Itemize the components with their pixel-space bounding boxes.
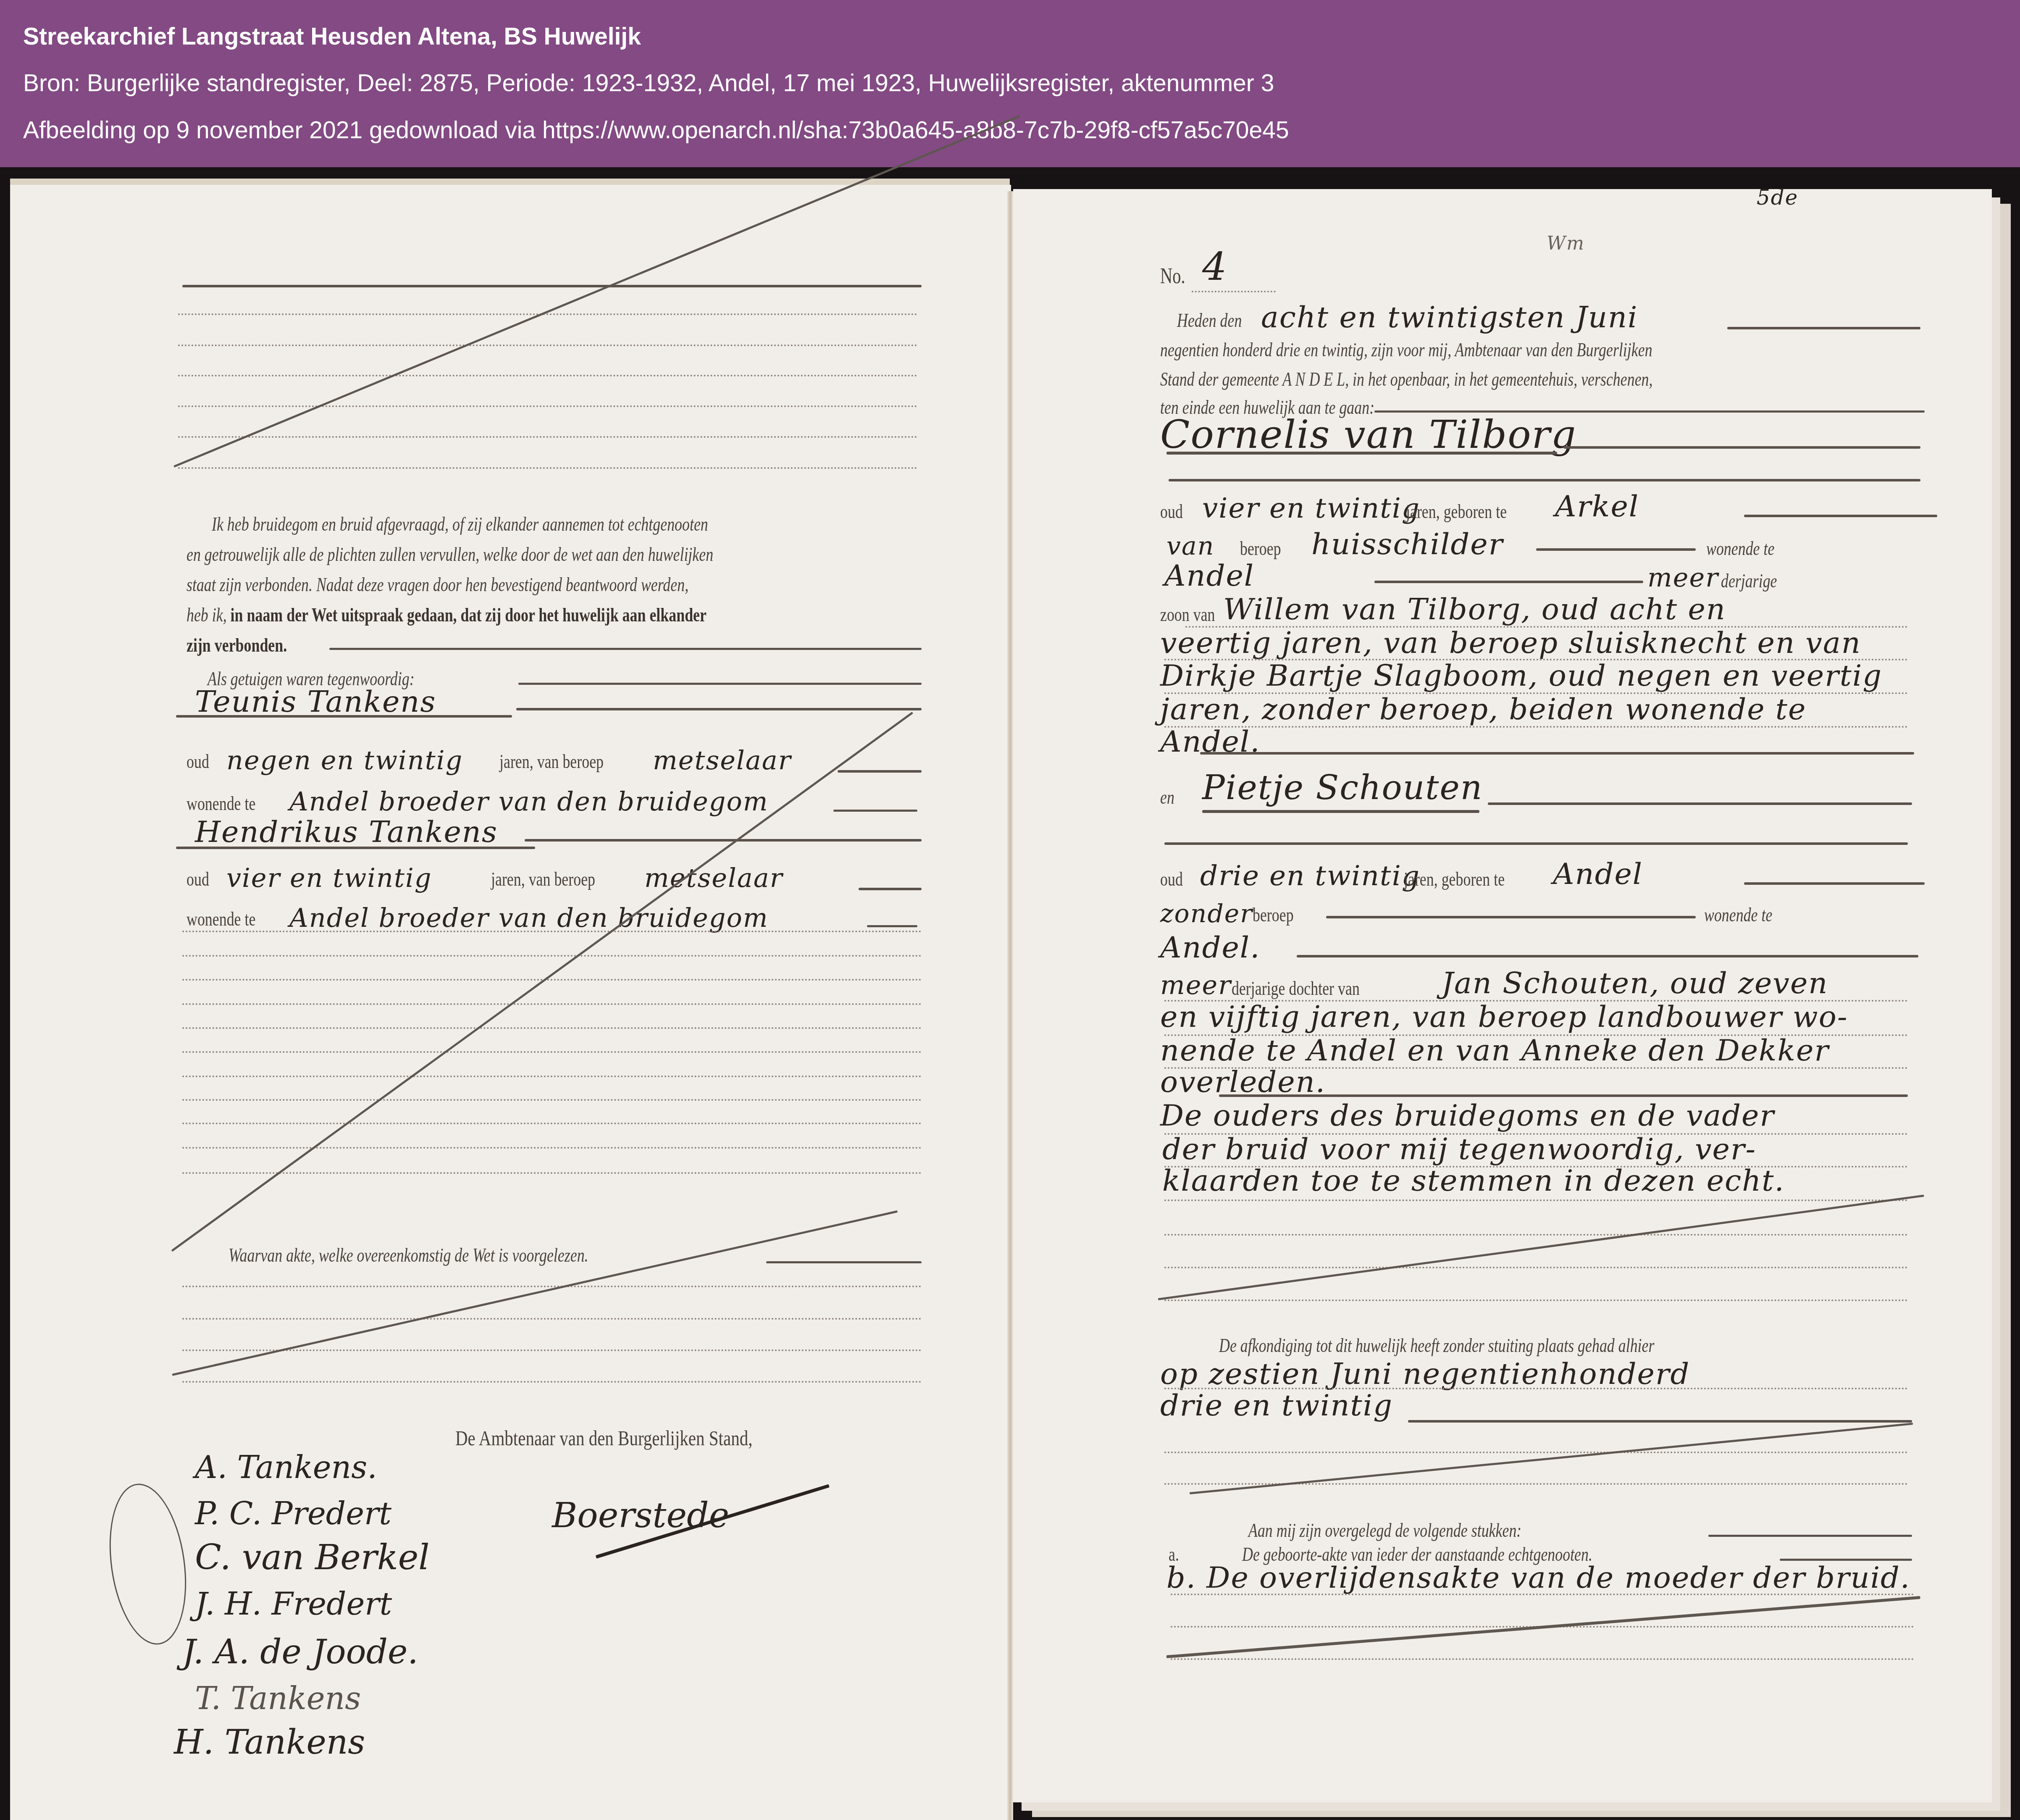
dotted-line bbox=[182, 1147, 922, 1149]
witness-1-occupation: metselaar bbox=[653, 744, 791, 777]
consent-line: der bruid voor mij tegenwoordig, ver- bbox=[1162, 1132, 1756, 1166]
dotted-line bbox=[178, 313, 917, 315]
groom-occ-prefix: van bbox=[1166, 529, 1214, 563]
rule-line bbox=[176, 715, 512, 718]
dotted-line bbox=[182, 1003, 922, 1005]
witness-2-age: vier en twintig bbox=[226, 861, 432, 895]
residence-prefix: wonende te bbox=[187, 792, 255, 815]
right-page: 5de Wm No. 4 Heden den acht en twintigst… bbox=[1013, 189, 1992, 1802]
signature: C. van Berkel bbox=[195, 1538, 429, 1578]
rule-line bbox=[867, 925, 917, 927]
groom-majority: meer bbox=[1647, 561, 1719, 594]
signature: J. A. de Joode. bbox=[182, 1632, 418, 1671]
bride-occupation: zonder bbox=[1160, 897, 1253, 931]
residence-label: wonende te bbox=[1706, 537, 1774, 560]
occupation-label: beroep bbox=[1240, 537, 1281, 560]
bride-name: Pietje Schouten bbox=[1202, 771, 1483, 805]
dotted-line bbox=[1192, 291, 1276, 292]
dotted-line bbox=[182, 979, 922, 981]
dotted-line bbox=[178, 375, 917, 376]
dotted-line bbox=[182, 931, 922, 932]
consent-line: klaarden toe te stemmen in dezen echt. bbox=[1162, 1164, 1785, 1197]
witness-2-residence: Andel broeder van den bruidegom bbox=[289, 901, 769, 935]
groom-parents: veertig jaren, van beroep sluisknecht en… bbox=[1160, 626, 1861, 660]
signature: A. Tankens. bbox=[195, 1449, 377, 1486]
rule-line bbox=[1744, 515, 1937, 517]
dotted-line bbox=[1164, 1452, 1908, 1453]
age-prefix: oud bbox=[187, 868, 209, 891]
groom-name: Cornelis van Tilborg bbox=[1160, 418, 1576, 452]
occupation-label: beroep bbox=[1253, 903, 1294, 927]
margin-initial: Wm bbox=[1547, 227, 1585, 260]
son-of-label: zoon van bbox=[1160, 603, 1215, 626]
dotted-line bbox=[178, 345, 917, 346]
bride-birthplace: Andel bbox=[1553, 857, 1643, 891]
announcement-date: op zestien Juni negentienhonderd bbox=[1160, 1357, 1690, 1391]
witness-2-occupation: metselaar bbox=[644, 861, 783, 895]
dotted-line bbox=[182, 1318, 922, 1320]
age-prefix: oud bbox=[1160, 868, 1183, 891]
rule-line bbox=[1374, 581, 1643, 583]
date-prefix: Heden den bbox=[1177, 309, 1242, 332]
declaration-line: staat zijn verbonden. Nadat deze vragen … bbox=[187, 573, 688, 597]
strike-through-line bbox=[1158, 1194, 1924, 1300]
rule-line bbox=[833, 810, 917, 812]
rule-line bbox=[1200, 752, 1914, 755]
rule-line bbox=[182, 285, 922, 287]
rule-line bbox=[1169, 479, 1920, 481]
rule-line bbox=[1727, 327, 1920, 329]
groom-parents: Dirkje Bartje Slagboom, oud negen en vee… bbox=[1160, 659, 1882, 692]
groom-birthplace: Arkel bbox=[1555, 489, 1639, 523]
groom-parents: Willem van Tilborg, oud acht en bbox=[1223, 592, 1726, 626]
declaration-line: zijn verbonden. bbox=[187, 634, 287, 657]
signature: P. C. Predert bbox=[195, 1496, 391, 1532]
doc-b-text: b. De overlijdensakte van de moeder der … bbox=[1166, 1561, 1910, 1594]
dotted-line bbox=[1171, 1658, 1914, 1660]
rule-line bbox=[859, 888, 922, 890]
dotted-line bbox=[182, 1076, 922, 1077]
rule-line bbox=[1708, 1535, 1912, 1537]
bride-parents: nende te Andel en van Anneke den Dekker bbox=[1160, 1034, 1829, 1067]
dotted-line bbox=[182, 1286, 922, 1287]
dotted-line bbox=[182, 1051, 922, 1053]
signature: H. Tankens bbox=[174, 1723, 365, 1762]
age-prefix: oud bbox=[1160, 500, 1183, 523]
rule-line bbox=[1536, 548, 1696, 551]
born-label: jaren, geboren te bbox=[1406, 500, 1507, 523]
download-note: Afbeelding op 9 november 2021 gedownload… bbox=[23, 116, 1289, 145]
rule-line bbox=[1297, 955, 1918, 957]
witness-1-age: negen en twintig bbox=[226, 744, 463, 777]
marriage-date: acht en twintigsten Juni bbox=[1261, 300, 1638, 334]
intro-line: negentien honderd drie en twintig, zijn … bbox=[1160, 338, 1652, 362]
bride-parents: Jan Schouten, oud zeven bbox=[1442, 966, 1828, 1000]
majority-label: derjarige bbox=[1721, 569, 1777, 593]
dotted-line bbox=[1164, 1267, 1908, 1268]
age-suffix: jaren, van beroep bbox=[499, 750, 604, 773]
rule-line bbox=[176, 847, 535, 849]
groom-age: vier en twintig bbox=[1202, 492, 1420, 525]
rule-line bbox=[1563, 446, 1920, 449]
bride-residence: Andel. bbox=[1160, 931, 1261, 964]
archive-header: Streekarchief Langstraat Heusden Altena,… bbox=[0, 0, 2020, 167]
closing-statement: Waarvan akte, welke overeenkomstig de We… bbox=[229, 1244, 588, 1267]
source-citation: Bron: Burgerlijke standregister, Deel: 2… bbox=[23, 68, 1274, 98]
dotted-line bbox=[1171, 1594, 1914, 1595]
bride-parents: overleden. bbox=[1160, 1065, 1326, 1099]
book-gutter bbox=[1007, 191, 1013, 1820]
rule-line bbox=[329, 648, 922, 650]
witness-2-name: Hendrikus Tankens bbox=[195, 815, 498, 849]
dotted-line bbox=[1164, 1199, 1908, 1201]
archive-title: Streekarchief Langstraat Heusden Altena,… bbox=[23, 22, 641, 51]
declaration-line: Ik heb bruidegom en bruid afgevraagd, of… bbox=[212, 513, 708, 536]
dotted-line bbox=[182, 955, 922, 957]
and-label: en bbox=[1160, 786, 1174, 809]
dotted-line bbox=[1164, 1234, 1908, 1236]
intro-line: Stand der gemeente A N D E L, in het ope… bbox=[1160, 368, 1652, 391]
witness-1-name: Teunis Tankens bbox=[195, 685, 436, 718]
left-page: Ik heb bruidegom en bruid afgevraagd, of… bbox=[10, 185, 1011, 1820]
rule-line bbox=[1166, 452, 1557, 455]
rule-line bbox=[1326, 916, 1696, 918]
witness-1-residence: Andel broeder van den bruidegom bbox=[289, 785, 769, 818]
rule-line bbox=[518, 683, 922, 685]
act-number: 4 bbox=[1202, 250, 1228, 284]
rule-line bbox=[1219, 1094, 1908, 1097]
dotted-line bbox=[182, 1381, 922, 1383]
dotted-line bbox=[1164, 1299, 1908, 1301]
dotted-line bbox=[182, 1349, 922, 1351]
majority-label: derjarige dochter van bbox=[1232, 977, 1360, 1000]
rule-line bbox=[1408, 1420, 1912, 1423]
rule-line bbox=[766, 1261, 922, 1263]
signature: T. Tankens bbox=[195, 1681, 361, 1717]
dotted-line bbox=[178, 405, 917, 407]
signature: J. H. Fredert bbox=[195, 1586, 392, 1622]
rule-line bbox=[1164, 842, 1908, 845]
rule-line bbox=[516, 708, 922, 710]
documents-label: Aan mij zijn overgelegd de volgende stuk… bbox=[1248, 1519, 1521, 1542]
official-signature: Boerstede bbox=[552, 1496, 729, 1536]
dotted-line bbox=[182, 1172, 922, 1174]
groom-residence: Andel bbox=[1164, 559, 1254, 592]
rule-line bbox=[838, 770, 922, 773]
declaration-line: en getrouwelijk alle de plichten zullen … bbox=[187, 543, 713, 566]
announcement-date: drie en twintig bbox=[1160, 1389, 1393, 1422]
age-prefix: oud bbox=[187, 750, 209, 773]
dotted-line bbox=[178, 467, 917, 469]
dotted-line bbox=[182, 1123, 922, 1124]
dotted-line bbox=[178, 436, 917, 438]
rule-line bbox=[1744, 882, 1925, 885]
bride-majority: meer bbox=[1160, 968, 1232, 1002]
groom-occupation: huisschilder bbox=[1311, 527, 1503, 561]
residence-prefix: wonende te bbox=[187, 907, 255, 931]
bride-age: drie en twintig bbox=[1200, 859, 1420, 893]
dotted-line bbox=[1164, 726, 1908, 728]
margin-note: 5de bbox=[1757, 181, 1798, 214]
rule-line bbox=[1202, 810, 1479, 813]
signature-flourish bbox=[100, 1479, 196, 1650]
official-label: De Ambtenaar van den Burgerlijken Stand, bbox=[455, 1426, 752, 1450]
declaration-line: heb ik, in naam der Wet uitspraak gedaan… bbox=[187, 603, 707, 627]
born-label: jaren, geboren te bbox=[1404, 868, 1505, 891]
rule-line bbox=[525, 839, 922, 842]
groom-parents: jaren, zonder beroep, beiden wonende te bbox=[1160, 692, 1806, 726]
bride-parents: en vijftig jaren, van beroep landbouwer … bbox=[1160, 1000, 1848, 1034]
announcement-print: De afkondiging tot dit huwelijk heeft zo… bbox=[1219, 1334, 1654, 1357]
dotted-line bbox=[182, 1099, 922, 1101]
age-suffix: jaren, van beroep bbox=[491, 868, 595, 891]
number-label: No. bbox=[1160, 265, 1185, 288]
dotted-line bbox=[182, 1027, 922, 1029]
consent-line: De ouders des bruidegoms en de vader bbox=[1160, 1099, 1775, 1132]
rule-line bbox=[1488, 802, 1912, 805]
residence-label: wonende te bbox=[1704, 903, 1772, 927]
